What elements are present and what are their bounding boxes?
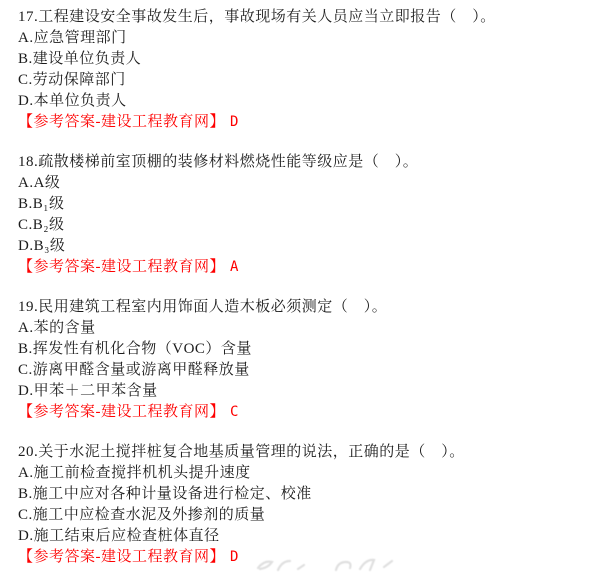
option-b: B.B₁级 [18,194,594,215]
option-c: C.B₂级 [18,215,594,236]
question-stem-text: 疏散楼梯前室顶棚的装修材料燃烧性能等级应是（ ）。 [38,154,418,170]
question-block-17: 17.工程建设安全事故发生后，事故现场有关人员应当立即报告（ ）。 A.应急管理… [18,7,594,133]
answer-line: 【参考答案-建设工程教育网】A [18,257,594,278]
option-c: C.施工中应检查水泥及外掺剂的质量 [18,505,594,526]
option-a: A.应急管理部门 [18,28,594,49]
option-c: C.游离甲醛含量或游离甲醛释放量 [18,360,594,381]
answer-line: 【参考答案-建设工程教育网】C [18,402,594,423]
question-block-18: 18.疏散楼梯前室顶棚的装修材料燃烧性能等级应是（ ）。 A.A级 B.B₁级 … [18,152,594,278]
question-stem: 19.民用建筑工程室内用饰面人造木板必须测定（ ）。 [18,297,594,318]
option-b: B.挥发性有机化合物（VOC）含量 [18,339,594,360]
option-a: A.A级 [18,173,594,194]
option-a: A.苯的含量 [18,318,594,339]
option-b: B.施工中应对各种计量设备进行检定、校准 [18,484,594,505]
answer-prefix: 【参考答案-建设工程教育网】 [18,549,225,565]
option-d: D.本单位负责人 [18,91,594,112]
option-d: D.施工结束后应检查桩体直径 [18,526,594,547]
question-stem: 18.疏散楼梯前室顶棚的装修材料燃烧性能等级应是（ ）。 [18,152,594,173]
option-b: B.建设单位负责人 [18,49,594,70]
question-number: 20. [18,444,38,460]
question-number: 17. [18,9,38,25]
answer-letter: D [230,114,239,130]
question-block-20: 20.关于水泥土搅拌桩复合地基质量管理的说法，正确的是（ ）。 A.施工前检查搅… [18,442,594,568]
answer-letter: A [230,259,239,275]
question-number: 18. [18,154,38,170]
answer-letter: D [230,549,239,565]
answer-prefix: 【参考答案-建设工程教育网】 [18,259,225,275]
question-stem-text: 工程建设安全事故发生后，事故现场有关人员应当立即报告（ ）。 [38,9,496,25]
exam-question-page: 17.工程建设安全事故发生后，事故现场有关人员应当立即报告（ ）。 A.应急管理… [0,0,602,568]
question-stem: 17.工程建设安全事故发生后，事故现场有关人员应当立即报告（ ）。 [18,7,594,28]
option-d: D.甲苯＋二甲苯含量 [18,381,594,402]
question-block-19: 19.民用建筑工程室内用饰面人造木板必须测定（ ）。 A.苯的含量 B.挥发性有… [18,297,594,423]
option-d: D.B₃级 [18,236,594,257]
question-stem-text: 关于水泥土搅拌桩复合地基质量管理的说法，正确的是（ ）。 [38,444,465,460]
answer-line: 【参考答案-建设工程教育网】D [18,547,594,568]
answer-prefix: 【参考答案-建设工程教育网】 [18,114,225,130]
answer-letter: C [230,404,239,420]
answer-line: 【参考答案-建设工程教育网】D [18,112,594,133]
question-number: 19. [18,299,38,315]
answer-prefix: 【参考答案-建设工程教育网】 [18,404,225,420]
option-c: C.劳动保障部门 [18,70,594,91]
question-stem-text: 民用建筑工程室内用饰面人造木板必须测定（ ）。 [38,299,387,315]
option-a: A.施工前检查搅拌机机头提升速度 [18,463,594,484]
question-stem: 20.关于水泥土搅拌桩复合地基质量管理的说法，正确的是（ ）。 [18,442,594,463]
